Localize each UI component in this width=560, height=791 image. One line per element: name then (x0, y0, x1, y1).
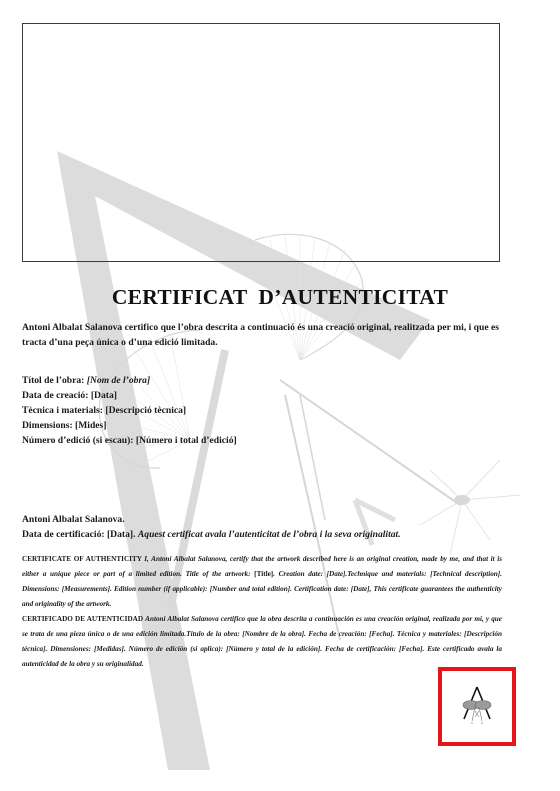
translations-block: CERTIFICATE OF AUTHENTICITY I, Antoni Al… (22, 552, 502, 672)
spanish-heading: CERTIFICADO DE AUTENTICIDAD (22, 615, 145, 623)
certificate-intro: Antoni Albalat Salanova certifico que l’… (22, 320, 504, 350)
detail-value: [Nom de l’obra] (87, 375, 150, 386)
detail-value: [Data] (91, 390, 117, 401)
english-heading: CERTIFICATE OF AUTHENTICITY (22, 555, 144, 563)
certification-date: Data de certificació: [Data]. (22, 529, 138, 540)
detail-title: Títol de l’obra: [Nom de l’obra] (22, 373, 422, 388)
certificate-title: CERTIFICAT D’AUTENTICITAT (0, 285, 560, 310)
spanish-translation: CERTIFICADO DE AUTENTICIDAD Antoni Albal… (22, 612, 502, 672)
detail-label: Número d’edició (si escau): (22, 435, 136, 446)
certification-line: Data de certificació: [Data]. Aquest cer… (22, 527, 542, 542)
certification-statement: Aquest certificat avala l’autenticitat d… (138, 529, 401, 540)
detail-label: Data de creació: (22, 390, 91, 401)
detail-value: [Mides] (75, 420, 106, 431)
artwork-details: Títol de l’obra: [Nom de l’obra] Data de… (22, 373, 422, 448)
detail-edition-number: Número d’edició (si escau): [Número i to… (22, 433, 422, 448)
detail-value: [Número i total d’edició] (136, 435, 237, 446)
artist-logo-frame (438, 667, 516, 746)
english-title-placeholder: [Title] (254, 570, 273, 578)
monogram-logo-icon (442, 671, 512, 742)
detail-value: [Descripció tècnica] (105, 405, 186, 416)
detail-label: Títol de l’obra: (22, 375, 87, 386)
signature-block: Antoni Albalat Salanova. Data de certifi… (22, 512, 542, 542)
detail-dimensions: Dimensions: [Mides] (22, 418, 422, 433)
detail-label: Dimensions: (22, 420, 75, 431)
english-translation: CERTIFICATE OF AUTHENTICITY I, Antoni Al… (22, 552, 502, 612)
artwork-image-placeholder (22, 23, 500, 262)
artist-name: Antoni Albalat Salanova. (22, 512, 542, 527)
detail-creation-date: Data de creació: [Data] (22, 388, 422, 403)
certificate-page: CERTIFICAT D’AUTENTICITAT Antoni Albalat… (0, 0, 560, 791)
detail-technique: Tècnica i materials: [Descripció tècnica… (22, 403, 422, 418)
detail-label: Tècnica i materials: (22, 405, 105, 416)
